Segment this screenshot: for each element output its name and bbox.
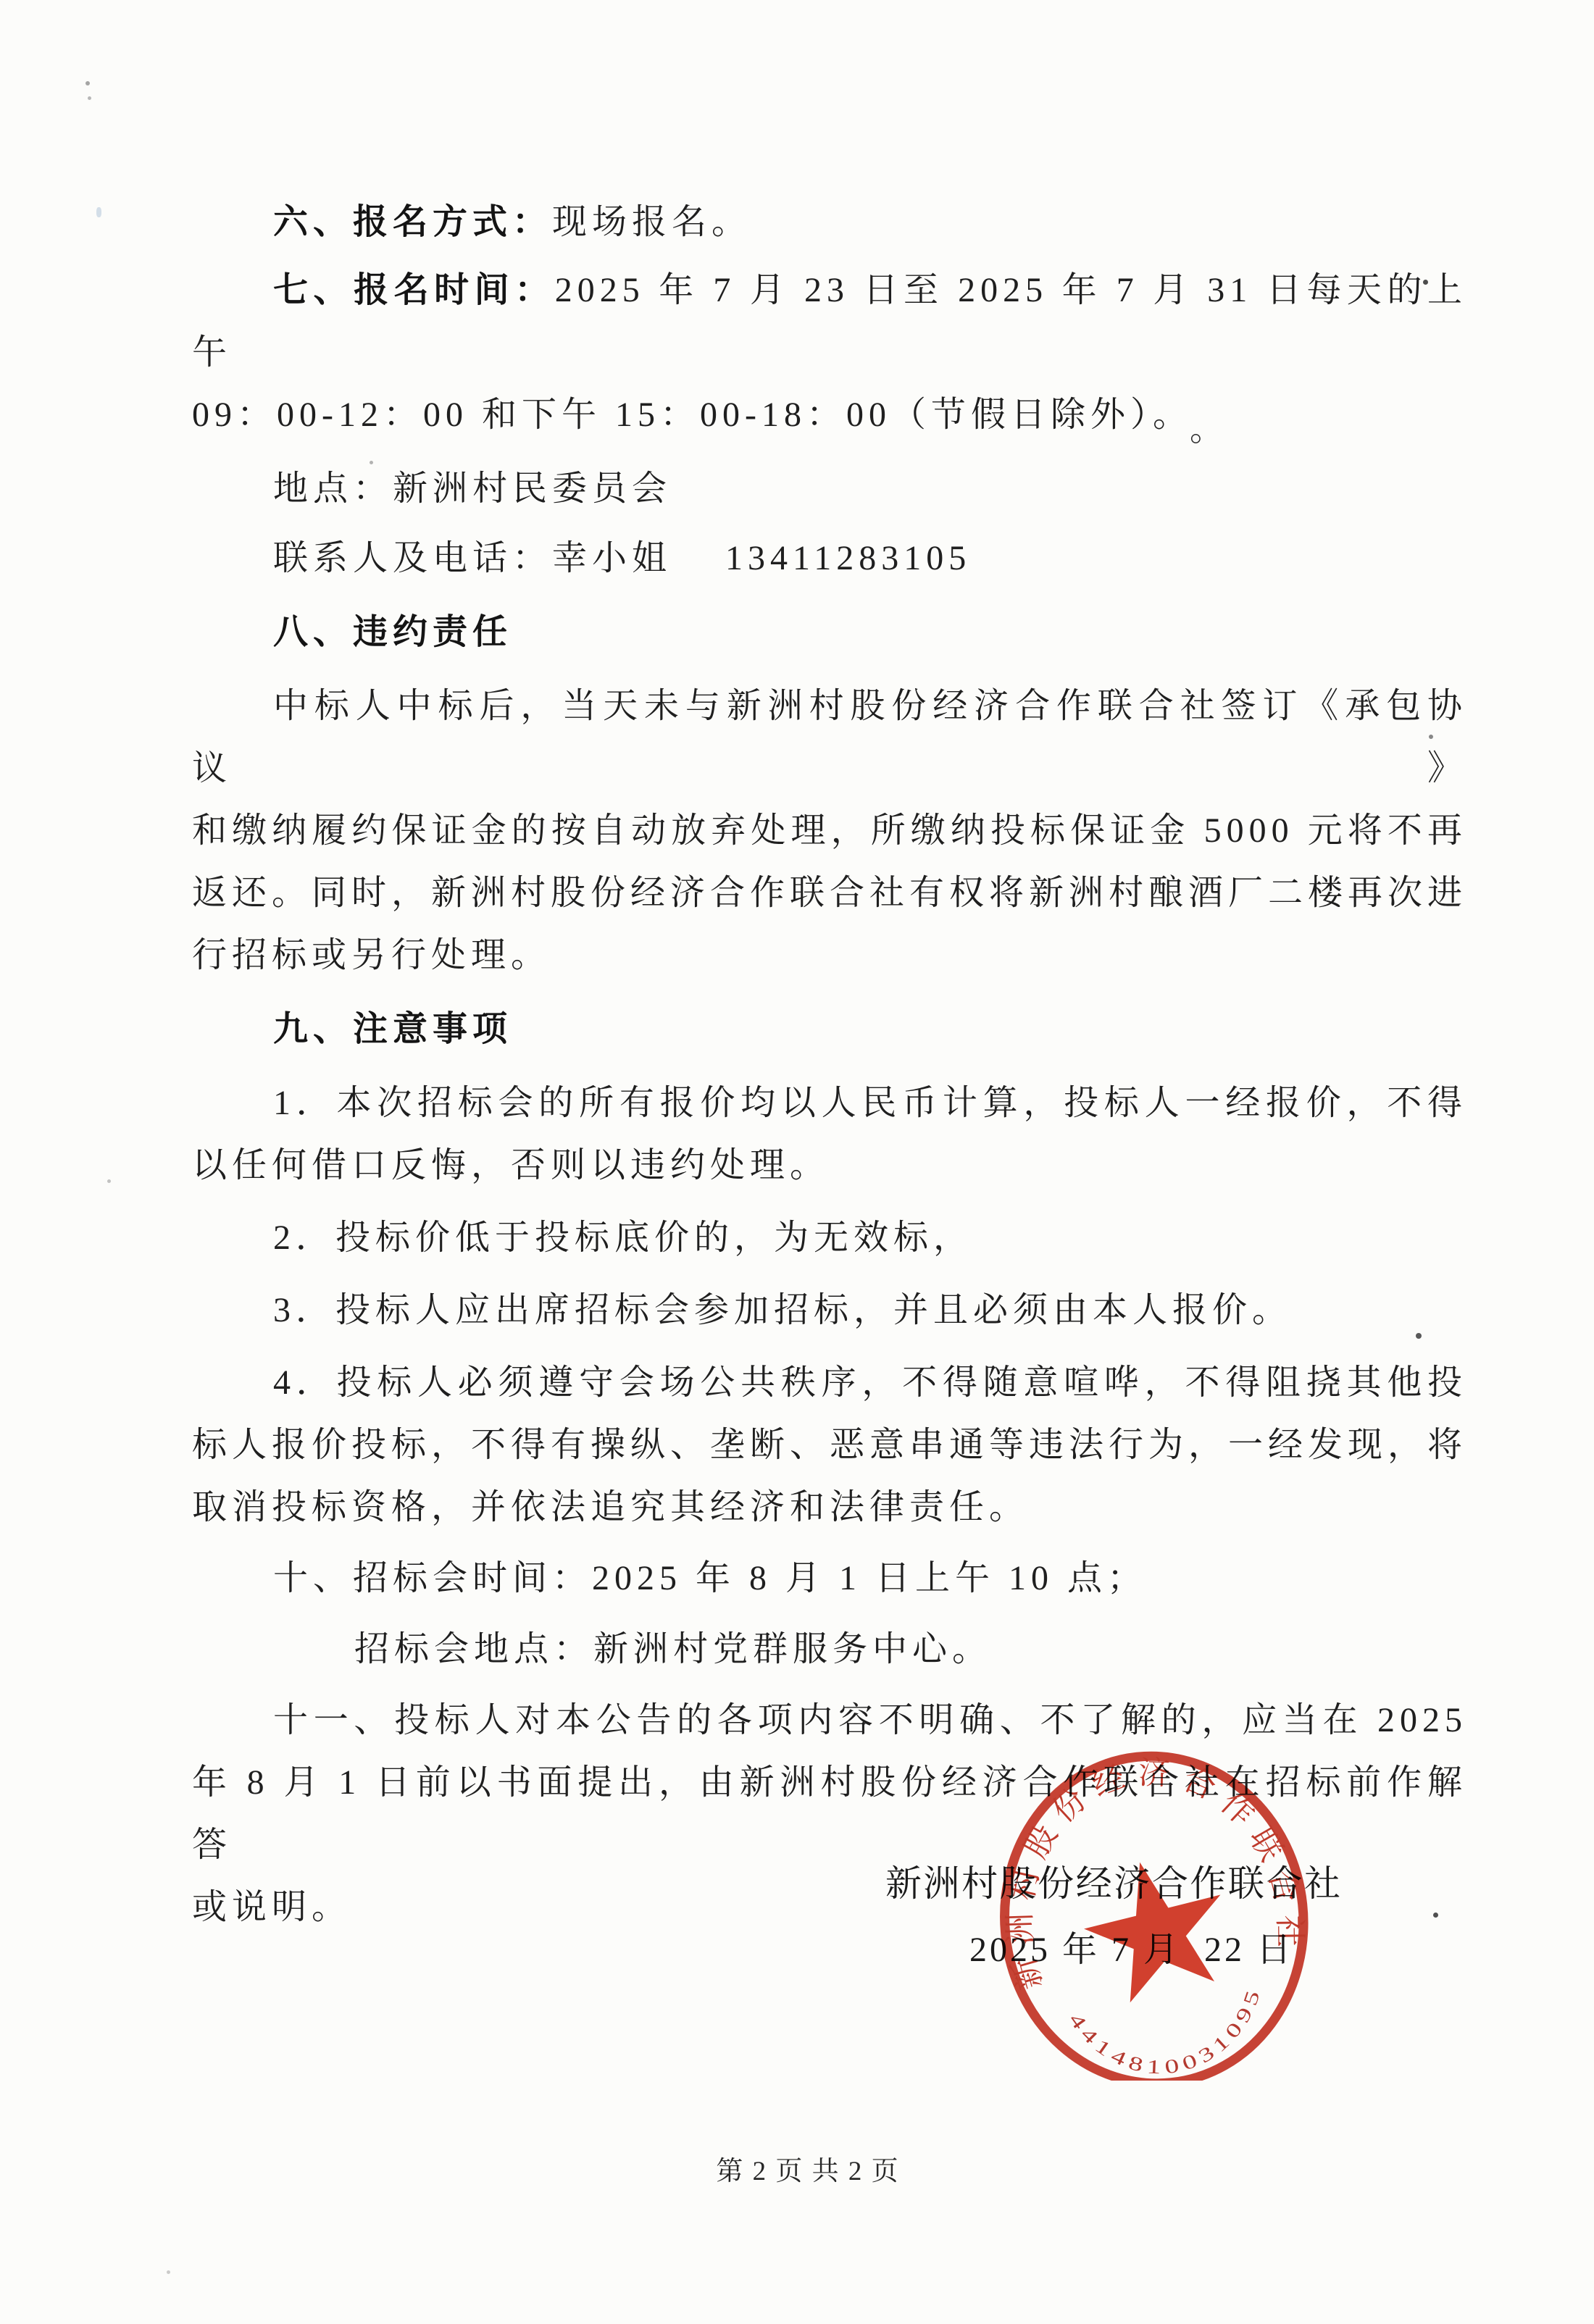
text-line: 联系人及电话：幸小姐 13411283105 (192, 527, 1467, 590)
text-line: 返还。同时，新洲村股份经济合作联合社有权将新洲村酿酒厂二楼再次进 (192, 862, 1467, 924)
text-line: 3．投标人应出席招标会参加招标，并且必须由本人报价。 (192, 1279, 1467, 1342)
paragraph: 3．投标人应出席招标会参加招标，并且必须由本人报价。 (192, 1279, 1467, 1342)
scan-speck (1433, 1913, 1438, 1918)
text-line: 地点：新洲村民委员会 (192, 458, 1467, 520)
scan-speck (370, 461, 373, 464)
body-text: 标人报价投标，不得有操纵、垄断、恶意串通等违法行为，一经发现，将 (192, 1426, 1467, 1464)
document-body: 六、报名方式：现场报名。七、报名时间：2025 年 7 月 23 日至 2025… (192, 191, 1467, 1939)
body-text: 取消投标资格，并依法追究其经济和法律责任。 (192, 1488, 1029, 1526)
text-line: 九、注意事项 (192, 998, 1467, 1061)
document-page: 六、报名方式：现场报名。七、报名时间：2025 年 7 月 23 日至 2025… (0, 0, 1594, 2324)
body-text: 1．本次招标会的所有报价均以人民币计算，投标人一经报价，不得 (273, 1084, 1467, 1122)
heading-text: 九、注意事项 (273, 1010, 512, 1048)
text-line: 和缴纳履约保证金的按自动放弃处理，所缴纳投标保证金 5000 元将不再 (192, 800, 1467, 862)
body-text: 2．投标价低于投标底价的，为无效标， (273, 1219, 973, 1257)
body-text: 返还。同时，新洲村股份经济合作联合社有权将新洲村酿酒厂二楼再次进 (192, 874, 1467, 912)
body-text: 09：00-12：00 和下午 15：00-18：00（节假日除外）。 (192, 396, 1193, 434)
paragraph: 4．投标人必须遵守会场公共秩序，不得随意喧哗，不得阻挠其他投标人报价投标，不得有… (192, 1352, 1467, 1539)
paragraph: 地点：新洲村民委员会 (192, 458, 1467, 520)
heading-text: 七、报名时间： (273, 271, 555, 309)
scan-speck (85, 81, 90, 85)
body-text: 以任何借口反悔，否则以违约处理。 (192, 1146, 830, 1184)
text-line: 中标人中标后，当天未与新洲村股份经济合作联合社签订《承包协议》 (192, 675, 1467, 800)
body-text: 招标会地点：新洲村党群服务中心。 (354, 1630, 992, 1668)
page-number: 第 2 页 共 2 页 (652, 2149, 964, 2188)
heading-text: 六、报名方式： (273, 203, 552, 241)
paragraph: 中标人中标后，当天未与新洲村股份经济合作联合社签订《承包协议》和缴纳履约保证金的… (192, 675, 1467, 987)
scan-speck (107, 1179, 111, 1183)
text-line: 2．投标价低于投标底价的，为无效标， (192, 1207, 1467, 1269)
text-line: 标人报价投标，不得有操纵、垄断、恶意串通等违法行为，一经发现，将 (192, 1414, 1467, 1476)
heading-text: 八、违约责任 (273, 613, 512, 651)
star-icon (1077, 1855, 1230, 2007)
body-text: 联系人及电话：幸小姐 13411283105 (273, 539, 971, 577)
paragraph: 六、报名方式：现场报名。 (192, 191, 1467, 254)
body-text: 行招标或另行处理。 (192, 936, 551, 974)
seal-graphic: 新洲村股份经济合作联合社 4414810031095 (989, 1740, 1319, 2081)
body-text: 现场报名。 (552, 203, 751, 241)
body-text: 和缴纳履约保证金的按自动放弃处理，所缴纳投标保证金 5000 元将不再 (192, 811, 1467, 850)
paragraph: 2．投标价低于投标底价的，为无效标， (192, 1207, 1467, 1269)
text-line: 七、报名时间：2025 年 7 月 23 日至 2025 年 7 月 31 日每… (192, 259, 1467, 384)
body-text: 中标人中标后，当天未与新洲村股份经济合作联合社签订《承包协议》 (192, 687, 1467, 787)
scan-speck (96, 207, 101, 217)
text-line: 取消投标资格，并依法追究其经济和法律责任。 (192, 1476, 1467, 1539)
stray-punctuation: 。 (1190, 403, 1223, 451)
scan-speck (167, 2270, 170, 2274)
scan-speck (88, 96, 91, 100)
body-text: 地点：新洲村民委员会 (273, 469, 672, 508)
paragraph: 1．本次招标会的所有报价均以人民币计算，投标人一经报价，不得以任何借口反悔，否则… (192, 1072, 1467, 1197)
scan-speck (1416, 1333, 1422, 1339)
text-line: 09：00-12：00 和下午 15：00-18：00（节假日除外）。 (192, 384, 1467, 446)
body-text: 十一、投标人对本公告的各项内容不明确、不了解的，应当在 2025 (273, 1701, 1467, 1739)
text-line: 十、招标会时间：2025 年 8 月 1 日上午 10 点； (192, 1547, 1467, 1610)
text-line: 以任何借口反悔，否则以违约处理。 (192, 1134, 1467, 1197)
text-line: 行招标或另行处理。 (192, 924, 1467, 987)
text-line: 招标会地点：新洲村党群服务中心。 (192, 1618, 1467, 1681)
official-seal: 新洲村股份经济合作联合社 4414810031095 (989, 1740, 1319, 2081)
text-line: 4．投标人必须遵守会场公共秩序，不得随意喧哗，不得阻挠其他投 (192, 1352, 1467, 1414)
body-text: 或说明。 (192, 1888, 351, 1926)
paragraph: 七、报名时间：2025 年 7 月 23 日至 2025 年 7 月 31 日每… (192, 259, 1467, 446)
text-line: 1．本次招标会的所有报价均以人民币计算，投标人一经报价，不得 (192, 1072, 1467, 1134)
paragraph: 八、违约责任 (192, 601, 1467, 664)
paragraph: 九、注意事项 (192, 998, 1467, 1061)
text-line: 八、违约责任 (192, 601, 1467, 664)
scan-speck (1429, 735, 1433, 739)
text-line: 六、报名方式：现场报名。 (192, 191, 1467, 254)
paragraph: 招标会地点：新洲村党群服务中心。 (192, 1618, 1467, 1681)
body-text: 十、招标会时间：2025 年 8 月 1 日上午 10 点； (273, 1559, 1147, 1597)
body-text: 4．投标人必须遵守会场公共秩序，不得随意喧哗，不得阻挠其他投 (273, 1363, 1467, 1402)
body-text: 3．投标人应出席招标会参加招标，并且必须由本人报价。 (273, 1291, 1292, 1329)
paragraph: 十、招标会时间：2025 年 8 月 1 日上午 10 点； (192, 1547, 1467, 1610)
paragraph: 联系人及电话：幸小姐 13411283105 (192, 527, 1467, 590)
scan-speck (1423, 280, 1428, 285)
